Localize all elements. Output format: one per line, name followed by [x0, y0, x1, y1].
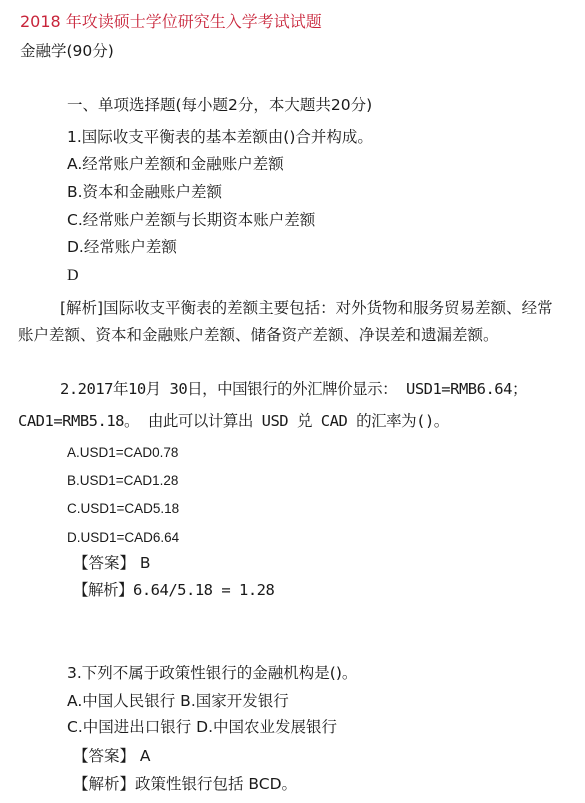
exam-title: 2018 年攻读硕士学位研究生入学考试试题: [20, 14, 322, 30]
question-1-option-c: C.经常账户差额与长期资本账户差额: [67, 213, 315, 229]
question-1-analysis-line-2: 账户差额、资本和金融账户差额、储备资产差额、净误差和遗漏差额。: [18, 328, 499, 344]
question-2-answer: 【答案】 B: [73, 556, 151, 572]
question-2-analysis: 【解析】6.64/5.18 = 1.28: [73, 583, 274, 599]
question-3-analysis: 【解析】政策性银行包括 BCD。: [73, 777, 297, 793]
question-2-option-a: A.USD1=CAD0.78: [67, 446, 178, 460]
question-3-stem: 3.下列不属于政策性银行的金融机构是()。: [67, 666, 357, 682]
question-1-stem: 1.国际收支平衡表的基本差额由()合并构成。: [67, 130, 373, 146]
exam-subject: 金融学(90分): [20, 44, 114, 60]
question-1-answer: D: [67, 268, 79, 284]
question-1-option-b: B.资本和金融账户差额: [67, 185, 222, 201]
question-3-answer: 【答案】 A: [73, 749, 151, 765]
question-2-option-c: C.USD1=CAD5.18: [67, 502, 179, 516]
question-1-analysis-line-1: [解析]国际收支平衡表的差额主要包括：对外货物和服务贸易差额、经常: [60, 301, 553, 317]
section-heading: 一、单项选择题(每小题2分，本大题共20分): [67, 98, 372, 114]
question-3-options-row-1: A.中国人民银行 B.国家开发银行: [67, 694, 289, 710]
question-2-option-d: D.USD1=CAD6.64: [67, 531, 179, 545]
question-2-stem-line-1: 2.2017年10月 30日，中国银行的外汇牌价显示： USD1=RMB6.64…: [60, 382, 527, 398]
question-1-option-a: A.经常账户差额和金融账户差额: [67, 157, 284, 173]
question-3-options-row-2: C.中国进出口银行 D.中国农业发展银行: [67, 720, 337, 736]
question-2-stem-line-2: CAD1=RMB5.18。 由此可以计算出 USD 兑 CAD 的汇率为()。: [18, 414, 449, 430]
question-2-option-b: B.USD1=CAD1.28: [67, 474, 178, 488]
question-1-option-d: D.经常账户差额: [67, 240, 177, 256]
